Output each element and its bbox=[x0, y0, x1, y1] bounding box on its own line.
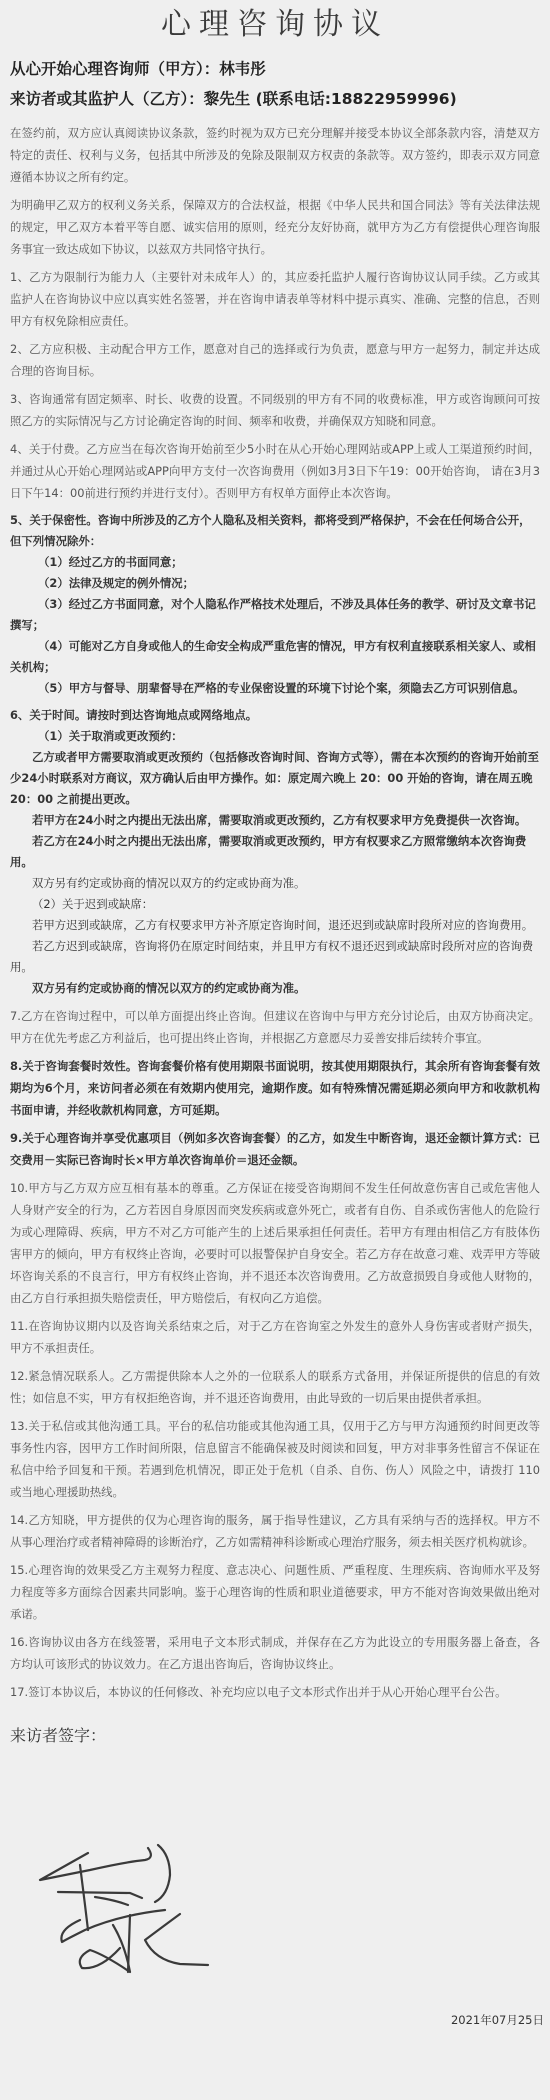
clause-6-sub2-title: （2）关于迟到或缺席： bbox=[10, 894, 540, 915]
clause-6-sub1-para-4: 双方另有约定或协商的情况以双方的约定或协商为准。 bbox=[10, 873, 540, 894]
clause-4: 4、关于付费。乙方应当在每次咨询开始前至少5小时在从心开始心理网站或APP上或人… bbox=[10, 438, 540, 504]
clause-16: 16.咨询协议由各方在线签署，采用电子文本形式制成，并保存在乙方为此设立的专用服… bbox=[10, 1631, 540, 1675]
clause-5-item-1: （1）经过乙方的书面同意； bbox=[10, 552, 540, 573]
handwritten-signature-icon bbox=[30, 1830, 220, 1980]
clause-6-sub1-title: （1）关于取消或更改预约： bbox=[10, 726, 540, 747]
clause-14: 14.乙方知晓，甲方提供的仅为心理咨询的服务，属于指导性建议，乙方具有采纳与否的… bbox=[10, 1509, 540, 1553]
clause-5-intro: 5、关于保密性。咨询中所涉及的乙方个人隐私及相关资料，都将受到严格保护，不会在任… bbox=[10, 510, 540, 552]
clause-2: 2、乙方应积极、主动配合甲方工作，愿意对自己的选择或行为负责，愿意与甲方一起努力… bbox=[10, 338, 540, 382]
agreement-document: 心理咨询协议 从心开始心理咨询师（甲方）：林韦彤 来访者或其监护人（乙方）：黎先… bbox=[0, 0, 550, 1751]
signature-label: 来访者签字： bbox=[10, 1721, 540, 1751]
clause-12: 12.紧急情况联系人。乙方需提供除本人之外的一位联系人的联系方式备用，并保证所提… bbox=[10, 1365, 540, 1409]
clause-17: 17.签订本协议后，本协议的任何修改、补充均应以电子文本形式作出并于从心开始心理… bbox=[10, 1681, 540, 1703]
party-a-line: 从心开始心理咨询师（甲方）：林韦彤 bbox=[10, 54, 540, 84]
clause-9: 9.关于心理咨询并享受优惠项目（例如多次咨询套餐）的乙方，如发生中断咨询，退还金… bbox=[10, 1127, 540, 1171]
preamble-paragraph-1: 在签约前，双方应认真阅读协议条款，签约时视为双方已充分理解并接受本协议全部条款内… bbox=[10, 122, 540, 188]
clause-5-item-4: （4）可能对乙方自身或他人的生命安全构成严重危害的情况，甲方有权利直接联系相关家… bbox=[10, 636, 540, 678]
clause-1: 1、乙方为限制行为能力人（主要针对未成年人）的，其应委托监护人履行咨询协议认同手… bbox=[10, 266, 540, 332]
clause-6-sub1-para-2: 若甲方在24小时之内提出无法出席，需要取消或更改预约，乙方有权要求甲方免费提供一… bbox=[10, 810, 540, 831]
preamble-paragraph-2: 为明确甲乙双方的权利义务关系，保障双方的合法权益，根据《中华人民共和国合同法》等… bbox=[10, 194, 540, 260]
clause-15: 15.心理咨询的效果受乙方主观努力程度、意志决心、问题性质、严重程度、生理疾病、… bbox=[10, 1559, 540, 1625]
party-b-line: 来访者或其监护人（乙方）：黎先生 (联系电话:18822959996) bbox=[10, 84, 540, 114]
clause-8: 8.关于咨询套餐时效性。咨询套餐价格有使用期限书面说明，按其使用期限执行，其余所… bbox=[10, 1055, 540, 1121]
page-title: 心理咨询协议 bbox=[10, 0, 540, 50]
clause-6-sub1-para-1: 乙方或者甲方需要取消或更改预约（包括修改咨询时间、咨询方式等），需在本次预约的咨… bbox=[10, 747, 540, 810]
clause-5-confidentiality: 5、关于保密性。咨询中所涉及的乙方个人隐私及相关资料，都将受到严格保护，不会在任… bbox=[10, 510, 540, 699]
clause-3: 3、咨询通常有固定频率、时长、收费的设置。不同级别的甲方有不同的收费标准，甲方或… bbox=[10, 388, 540, 432]
clause-7: 7.乙方在咨询过程中，可以单方面提出终止咨询。但建议在咨询中与甲方充分讨论后，由… bbox=[10, 1005, 540, 1049]
clause-5-item-2: （2）法律及规定的例外情况； bbox=[10, 573, 540, 594]
clause-6-time: 6、关于时间。请按时到达咨询地点或网络地点。 （1）关于取消或更改预约： 乙方或… bbox=[10, 705, 540, 999]
clause-6-intro: 6、关于时间。请按时到达咨询地点或网络地点。 bbox=[10, 705, 540, 726]
clause-10: 10.甲方与乙方双方应互相有基本的尊重。乙方保证在接受咨询期间不发生任何故意伤害… bbox=[10, 1177, 540, 1309]
clause-13: 13.关于私信或其他沟通工具。平台的私信功能或其他沟通工具，仅用于乙方与甲方沟通… bbox=[10, 1415, 540, 1503]
clause-6-sub1-para-3: 若乙方在24小时之内提出无法出席，需要取消或更改预约，甲方有权要求乙方照常缴纳本… bbox=[10, 831, 540, 873]
clause-5-item-5: （5）甲方与督导、朋辈督导在严格的专业保密设置的环境下讨论个案，须隐去乙方可识别… bbox=[10, 678, 540, 699]
clause-5-item-3: （3）经过乙方书面同意，对个人隐私作严格技术处理后，不涉及具体任务的教学、研讨及… bbox=[10, 594, 540, 636]
clause-6-sub2-para-2: 若乙方迟到或缺席，咨询将仍在原定时间结束，并且甲方有权不退还迟到或缺席时段所对应… bbox=[10, 936, 540, 978]
clause-6-sub2-para-3: 双方另有约定或协商的情况以双方的约定或协商为准。 bbox=[10, 978, 540, 999]
clause-6-sub2-para-1: 若甲方迟到或缺席，乙方有权要求甲方补齐原定咨询时间，退还迟到或缺席时段所对应的咨… bbox=[10, 915, 540, 936]
signature-date: 2021年07月25日 bbox=[451, 2012, 544, 2028]
clause-11: 11.在咨询协议期内以及咨询关系结束之后，对于乙方在咨询室之外发生的意外人身伤害… bbox=[10, 1315, 540, 1359]
